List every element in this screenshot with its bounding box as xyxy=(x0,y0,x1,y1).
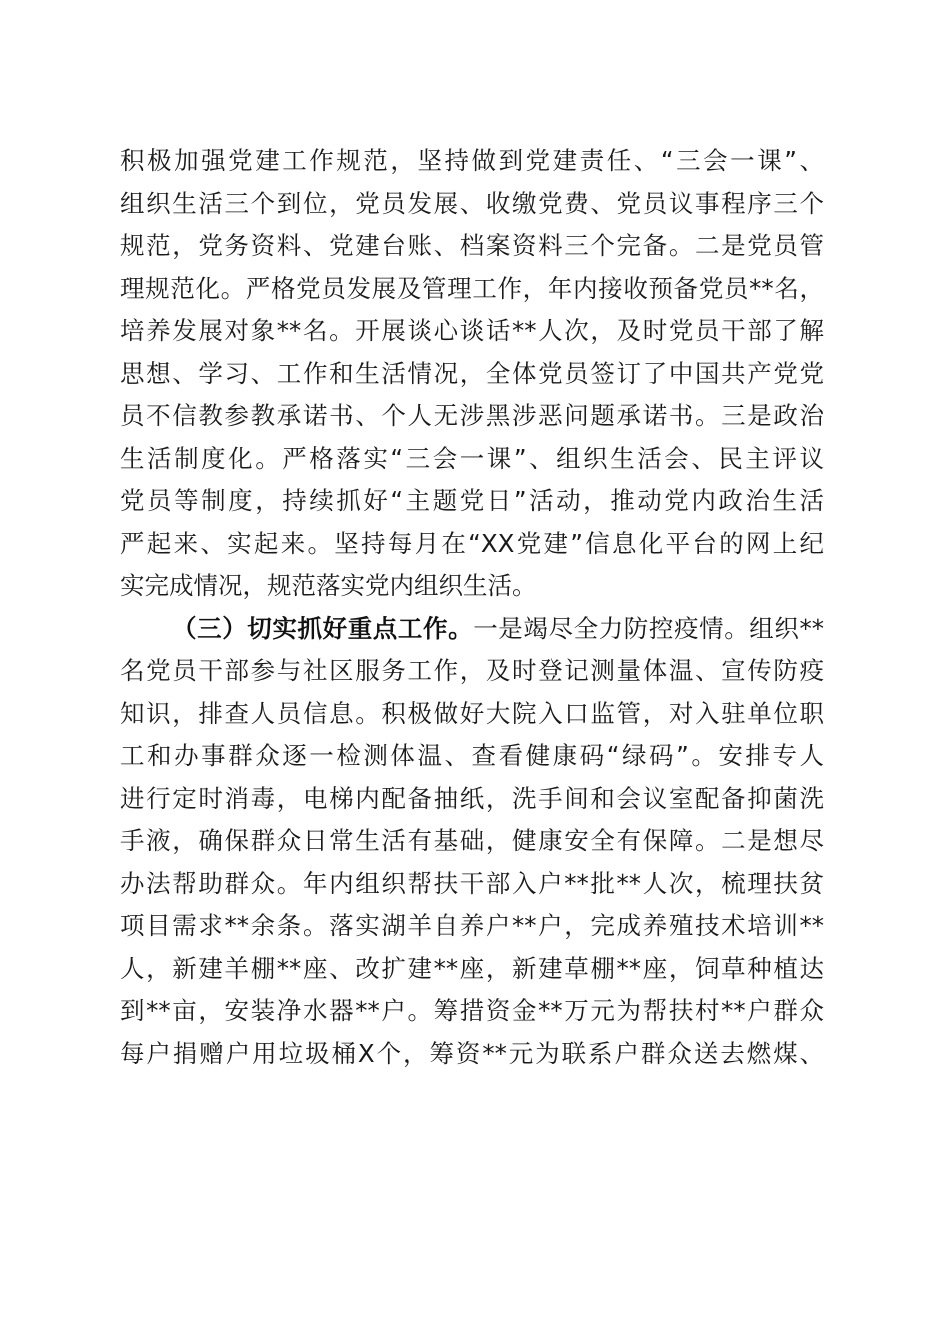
paragraph-party-building: 积极加强党建工作规范，坚持做到党建责任、“三会一课”、 组织生活三个到位，党员发… xyxy=(120,140,824,608)
text-line: 积极加强党建工作规范，坚持做到党建责任、“三会一课”、 xyxy=(120,140,824,183)
section-heading: （三）切实抓好重点工作。 xyxy=(172,614,473,643)
text-line: 名党员干部参与社区服务工作，及时登记测量体温、宣传防疫 xyxy=(120,650,824,693)
text-line: 思想、学习、工作和生活情况，全体党员签订了中国共产党党 xyxy=(120,353,824,396)
text-line: 严起来、实起来。坚持每月在“XX党建”信息化平台的网上纪 xyxy=(120,523,824,566)
text-line: 生活制度化。严格落实“三会一课”、组织生活会、民主评议 xyxy=(120,438,824,481)
paragraph-key-work: （三）切实抓好重点工作。一是竭尽全力防控疫情。组织** 名党员干部参与社区服务工… xyxy=(120,608,824,1076)
text-line: 党员等制度，持续抓好“主题党日”活动，推动党内政治生活 xyxy=(120,480,824,523)
document-body: 积极加强党建工作规范，坚持做到党建责任、“三会一课”、 组织生活三个到位，党员发… xyxy=(120,140,824,1075)
text-line: 理规范化。严格党员发展及管理工作，年内接收预备党员**名， xyxy=(120,268,824,311)
section-first-line: （三）切实抓好重点工作。一是竭尽全力防控疫情。组织** xyxy=(120,608,824,651)
text-line: 培养发展对象**名。开展谈心谈话**人次，及时党员干部了解 xyxy=(120,310,824,353)
text-line: 组织生活三个到位，党员发展、收缴党费、党员议事程序三个 xyxy=(120,183,824,226)
text-line: 每户捐赠户用垃圾桶X个，筹资**元为联系户群众送去燃煤、 xyxy=(120,1033,824,1076)
text-line: 实完成情况，规范落实党内组织生活。 xyxy=(120,565,824,608)
text-line: 员不信教参教承诺书、个人无涉黑涉恶问题承诺书。三是政治 xyxy=(120,395,824,438)
text-line: 项目需求**余条。落实湖羊自养户**户，完成养殖技术培训** xyxy=(120,905,824,948)
text-line: 手液，确保群众日常生活有基础，健康安全有保障。二是想尽 xyxy=(120,820,824,863)
text-line: 规范，党务资料、党建台账、档案资料三个完备。二是党员管 xyxy=(120,225,824,268)
text-run: 一是竭尽全力防控疫情。组织** xyxy=(473,614,824,643)
text-line: 到**亩，安装净水器**户。筹措资金**万元为帮扶村**户群众 xyxy=(120,990,824,1033)
text-line: 人，新建羊棚**座、改扩建**座，新建草棚**座，饲草种植达 xyxy=(120,948,824,991)
text-line: 进行定时消毒，电梯内配备抽纸，洗手间和会议室配备抑菌洗 xyxy=(120,778,824,821)
text-line: 办法帮助群众。年内组织帮扶干部入户**批**人次，梳理扶贫 xyxy=(120,863,824,906)
document-page: 积极加强党建工作规范，坚持做到党建责任、“三会一课”、 组织生活三个到位，党员发… xyxy=(0,0,950,1344)
text-line: 知识，排查人员信息。积极做好大院入口监管，对入驻单位职 xyxy=(120,693,824,736)
text-line: 工和办事群众逐一检测体温、查看健康码“绿码”。安排专人 xyxy=(120,735,824,778)
